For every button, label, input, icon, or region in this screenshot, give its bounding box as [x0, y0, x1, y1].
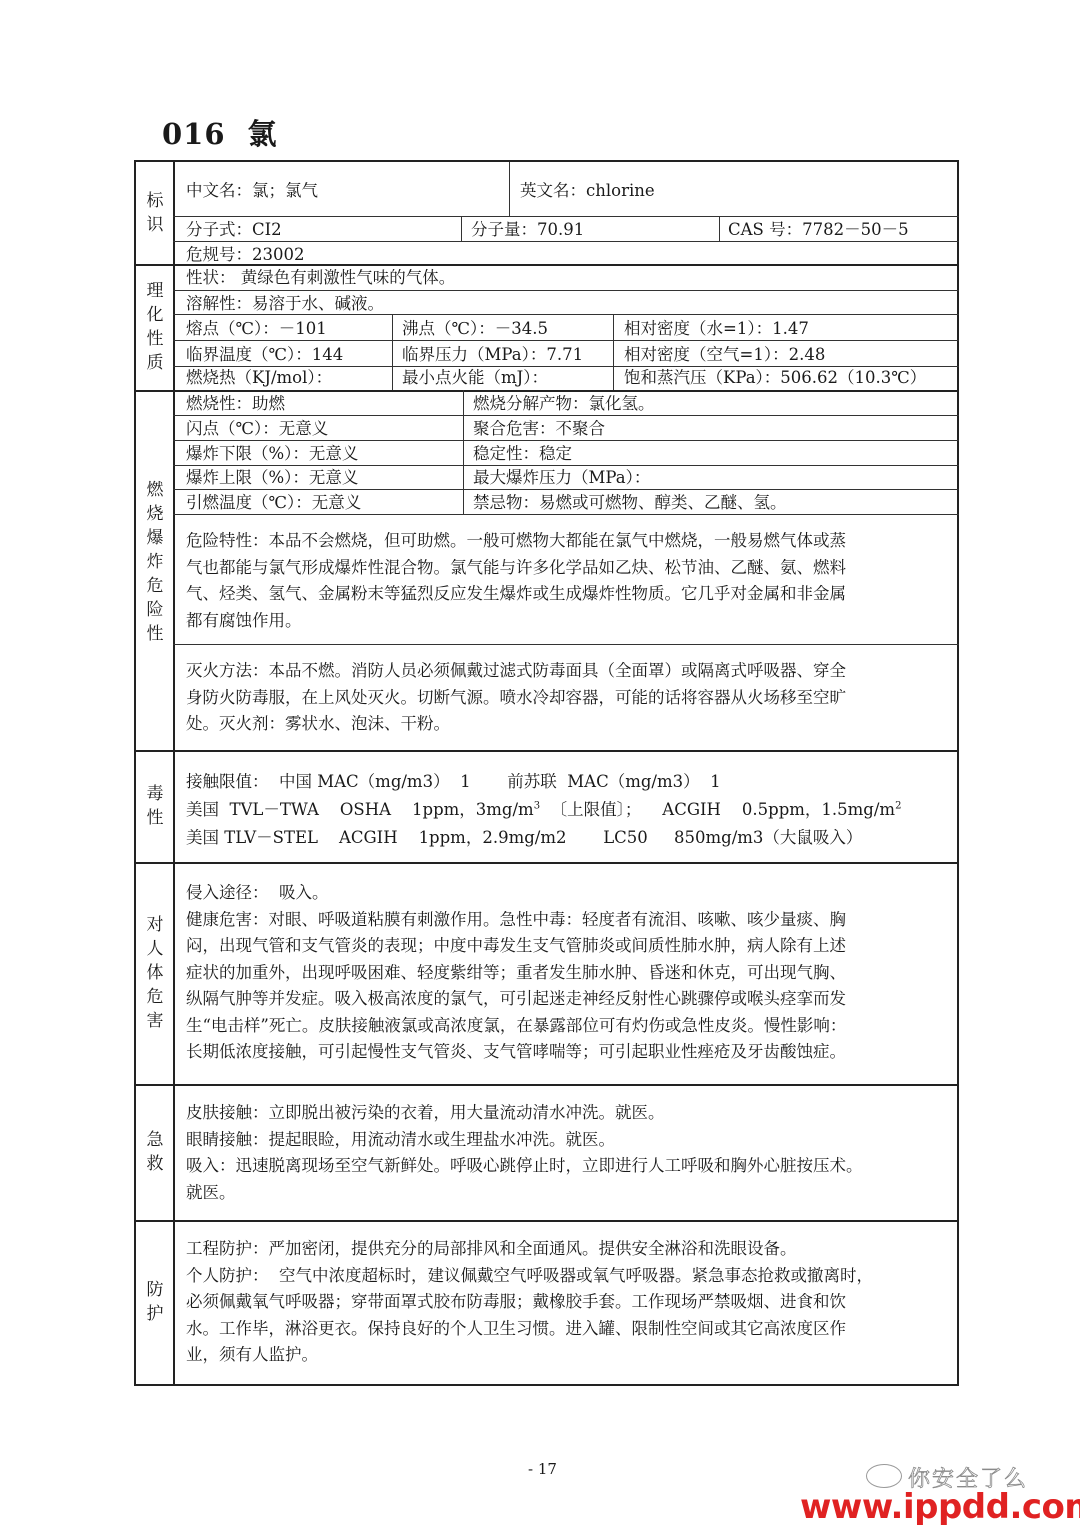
- relative-density-air: 相对密度（空气=1）：2.48: [624, 345, 825, 365]
- melting-point: 熔点（℃）：－101: [186, 319, 327, 339]
- section-divider: [136, 1084, 959, 1086]
- text-line: 危险特性：本品不会燃烧，但可助燃。一般可燃物大都能在氯气中燃烧，一般易燃气体或蒸: [186, 528, 954, 555]
- upper-explosive-limit: 爆炸上限（%）：无意义: [186, 468, 358, 488]
- solubility: 溶解性：易溶于水、碱液。: [186, 294, 384, 314]
- label-char: 识: [136, 213, 174, 237]
- molecular-formula: 分子式：CI2: [186, 220, 282, 240]
- vapor-pressure: 饱和蒸汽压（KPa）：506.62（10.3℃）: [624, 368, 926, 388]
- divider: [463, 390, 464, 514]
- section-divider: [136, 264, 959, 266]
- critical-pressure: 临界压力（MPa）：7.71: [402, 345, 583, 365]
- lower-explosive-limit: 爆炸下限（%）：无意义: [186, 444, 358, 464]
- text-line: 气、烃类、氢气、金属粉末等猛烈反应发生爆炸或生成爆炸性物质。它几乎对金属和非金属: [186, 581, 954, 608]
- text-line: 处。灭火剂：雾状水、泡沫、干粉。: [186, 711, 954, 738]
- first-aid-measures: 皮肤接触：立即脱出被污染的衣着，用大量流动清水冲洗。就医。 眼睛接触：提起眼睑，…: [186, 1100, 954, 1206]
- protection-measures: 工程防护：严加密闭，提供充分的局部排风和全面通风。提供安全淋浴和洗眼设备。 个人…: [186, 1236, 954, 1369]
- divider: [173, 514, 959, 515]
- text-span: 美国 TVL－TWA OSHA 1ppm，3mg/m: [186, 800, 534, 819]
- divider: [173, 314, 959, 315]
- text-line: 必须佩戴氧气呼吸器；穿带面罩式胶布防毒服；戴橡胶手套。工作现场严禁吸烟、进食和饮: [186, 1289, 954, 1316]
- chemical-number: 016: [162, 117, 226, 151]
- text-line: 就医。: [186, 1180, 954, 1207]
- text-line: 健康危害：对眼、呼吸道粘膜有刺激作用。急性中毒：轻度者有流泪、咳嗽、咳少量痰、胸: [186, 907, 954, 934]
- label-char: 危: [136, 985, 174, 1009]
- text-line: 业，须有人监护。: [186, 1342, 954, 1369]
- min-ignition-energy: 最小点火能（mJ）：: [402, 368, 548, 388]
- watermark-url: www.ippdd.com: [800, 1487, 1080, 1527]
- polymerization-hazard: 聚合危害：不聚合: [473, 419, 605, 439]
- section-label-first-aid: 急 救: [136, 1084, 174, 1220]
- label-char: 防: [136, 1278, 174, 1302]
- text-span: 〔上限值〕； ACGIH 0.5ppm，1.5mg/m: [540, 800, 895, 819]
- exposure-limits: 接触限值： 中国 MAC（mg/m3） 1 前苏联 MAC（mg/m3） 1 美…: [186, 768, 954, 852]
- section-label-protection: 防 护: [136, 1220, 174, 1384]
- text-line: 都有腐蚀作用。: [186, 608, 954, 635]
- combustion-heat: 燃烧热（KJ/mol）：: [186, 368, 332, 388]
- section-label-physchem: 理 化 性 质: [136, 264, 174, 390]
- label-char: 体: [136, 961, 174, 985]
- text-line: 闷，出现气管和支气管炎的表现；中度中毒发生支气管肺炎或间质性肺水肿，病人除有上述: [186, 933, 954, 960]
- text-line: 侵入途径： 吸入。: [186, 880, 954, 907]
- cas-number: CAS 号：7782－50－5: [728, 220, 909, 240]
- decomposition-products: 燃烧分解产物：氯化氢。: [473, 394, 655, 414]
- label-char: 爆: [136, 526, 174, 550]
- label-char: 护: [136, 1302, 174, 1326]
- boiling-point: 沸点（℃）：－34.5: [402, 319, 548, 339]
- molecular-weight: 分子量：70.91: [471, 220, 584, 240]
- label-char: 危: [136, 574, 174, 598]
- divider: [173, 440, 959, 441]
- section-label-toxicity: 毒 性: [136, 750, 174, 862]
- page-number: - 17: [528, 1460, 557, 1478]
- section-label-fire-explosion: 燃 烧 爆 炸 危 险 性: [136, 462, 174, 662]
- text-line: 接触限值： 中国 MAC（mg/m3） 1 前苏联 MAC（mg/m3） 1: [186, 768, 954, 796]
- label-char: 烧: [136, 502, 174, 526]
- divider: [173, 465, 959, 466]
- label-char: 质: [136, 351, 174, 375]
- label-char: 理: [136, 279, 174, 303]
- text-line: 症状的加重外，出现呼吸困难、轻度紫绀等；重者发生肺水肿、昏迷和休克，可出现气胸、: [186, 960, 954, 987]
- msds-table: 标 识 中文名：氯；氯气 英文名：chlorine 分子式：CI2 分子量：70…: [134, 160, 959, 1386]
- text-line: 身防火防毒服，在上风处灭火。切断气源。喷水冷却容器，可能的话将容器从火场移至空旷: [186, 685, 954, 712]
- text-line: 灭火方法：本品不燃。消防人员必须佩戴过滤式防毒面具（全面罩）或隔离式呼吸器、穿全: [186, 658, 954, 685]
- page-title: 016氯: [162, 112, 278, 153]
- text-line: 水。工作毕，淋浴更衣。保持良好的个人卫生习惯。进入罐、限制性空间或其它高浓度区作: [186, 1316, 954, 1343]
- divider: [173, 216, 959, 217]
- text-line: 长期低浓度接触，可引起慢性支气管炎、支气管哮喘等；可引起职业性痤疮及牙齿酸蚀症。: [186, 1039, 954, 1066]
- text-line: 皮肤接触：立即脱出被污染的衣着，用大量流动清水冲洗。就医。: [186, 1100, 954, 1127]
- label-char: 性: [136, 327, 174, 351]
- relative-density-water: 相对密度（水=1）：1.47: [624, 319, 809, 339]
- label-char: 燃: [136, 478, 174, 502]
- superscript: 2: [895, 801, 901, 812]
- section-divider: [136, 750, 959, 752]
- text-line: 气也都能与氯气形成爆炸性混合物。氯气能与许多化学品如乙炔、松节油、乙醚、氨、燃料: [186, 555, 954, 582]
- text-line: 工程防护：严加密闭，提供充分的局部排风和全面通风。提供安全淋浴和洗眼设备。: [186, 1236, 954, 1263]
- text-line: 纵隔气肿等并发症。吸入极高浓度的氯气，可引起迷走神经反射性心跳骤停或喉头痉挛而发: [186, 986, 954, 1013]
- divider: [719, 216, 720, 241]
- label-char: 救: [136, 1152, 174, 1176]
- label-char: 毒: [136, 782, 174, 806]
- chinese-name: 中文名：氯；氯气: [186, 181, 318, 201]
- section-divider: [136, 390, 959, 392]
- english-name: 英文名：chlorine: [520, 181, 655, 201]
- divider: [173, 489, 959, 490]
- label-char: 化: [136, 303, 174, 327]
- divider: [173, 415, 959, 416]
- critical-temperature: 临界温度（℃）：144: [186, 345, 343, 365]
- section-divider: [136, 862, 959, 864]
- text-line: 美国 TLV－STEL ACGIH 1ppm，2.9mg/m2 LC50 850…: [186, 824, 954, 852]
- appearance: 性状： 黄绿色有刺激性气味的气体。: [186, 268, 455, 288]
- divider: [173, 366, 959, 367]
- label-char: 性: [136, 806, 174, 830]
- extinguishing-method: 灭火方法：本品不燃。消防人员必须佩戴过滤式防毒面具（全面罩）或隔离式呼吸器、穿全…: [186, 658, 954, 738]
- label-char: 标: [136, 189, 174, 213]
- label-char: 人: [136, 937, 174, 961]
- text-line: 生“电击样”死亡。皮肤接触液氯或高浓度氯，在暴露部位可有灼伤或急性皮炎。慢性影响…: [186, 1013, 954, 1040]
- watermark: 你安全了么 www.ippdd.com: [800, 1462, 1080, 1527]
- flammability: 燃烧性：助燃: [186, 394, 285, 414]
- text-line: 美国 TVL－TWA OSHA 1ppm，3mg/m3 〔上限值〕； ACGIH…: [186, 796, 954, 824]
- divider: [173, 290, 959, 291]
- divider: [173, 241, 959, 242]
- label-char: 性: [136, 622, 174, 646]
- health-hazards: 侵入途径： 吸入。 健康危害：对眼、呼吸道粘膜有刺激作用。急性中毒：轻度者有流泪…: [186, 880, 954, 1066]
- divider: [173, 644, 959, 645]
- ignition-temperature: 引燃温度（℃）：无意义: [186, 493, 361, 513]
- chemical-name: 氯: [248, 117, 278, 151]
- text-line: 个人防护： 空气中浓度超标时，建议佩戴空气呼吸器或氧气呼吸器。紧急事态抢救或撤离…: [186, 1263, 954, 1290]
- section-label-identification: 标 识: [136, 162, 174, 264]
- section-divider: [136, 1220, 959, 1222]
- incompatible-materials: 禁忌物：易燃或可燃物、醇类、乙醚、氢。: [473, 493, 787, 513]
- hazard-characteristics: 危险特性：本品不会燃烧，但可助燃。一般可燃物大都能在氯气中燃烧，一般易燃气体或蒸…: [186, 528, 954, 634]
- section-label-health-hazard: 对 人 体 危 害: [136, 862, 174, 1084]
- label-char: 险: [136, 598, 174, 622]
- label-char: 急: [136, 1128, 174, 1152]
- max-explosion-pressure: 最大爆炸压力（MPa）：: [473, 468, 650, 488]
- label-char: 炸: [136, 550, 174, 574]
- stability: 稳定性：稳定: [473, 444, 572, 464]
- label-char: 对: [136, 913, 174, 937]
- divider: [173, 340, 959, 341]
- hazard-number: 危规号：23002: [186, 245, 305, 265]
- label-char: 害: [136, 1009, 174, 1033]
- wechat-icon: [866, 1464, 902, 1488]
- divider: [613, 314, 614, 390]
- divider: [392, 314, 393, 390]
- divider: [461, 216, 462, 241]
- text-line: 吸入：迅速脱离现场至空气新鲜处。呼吸心跳停止时，立即进行人工呼吸和胸外心脏按压术…: [186, 1153, 954, 1180]
- text-line: 眼睛接触：提起眼睑，用流动清水或生理盐水冲洗。就医。: [186, 1127, 954, 1154]
- divider: [509, 162, 510, 216]
- flash-point: 闪点（℃）：无意义: [186, 419, 328, 439]
